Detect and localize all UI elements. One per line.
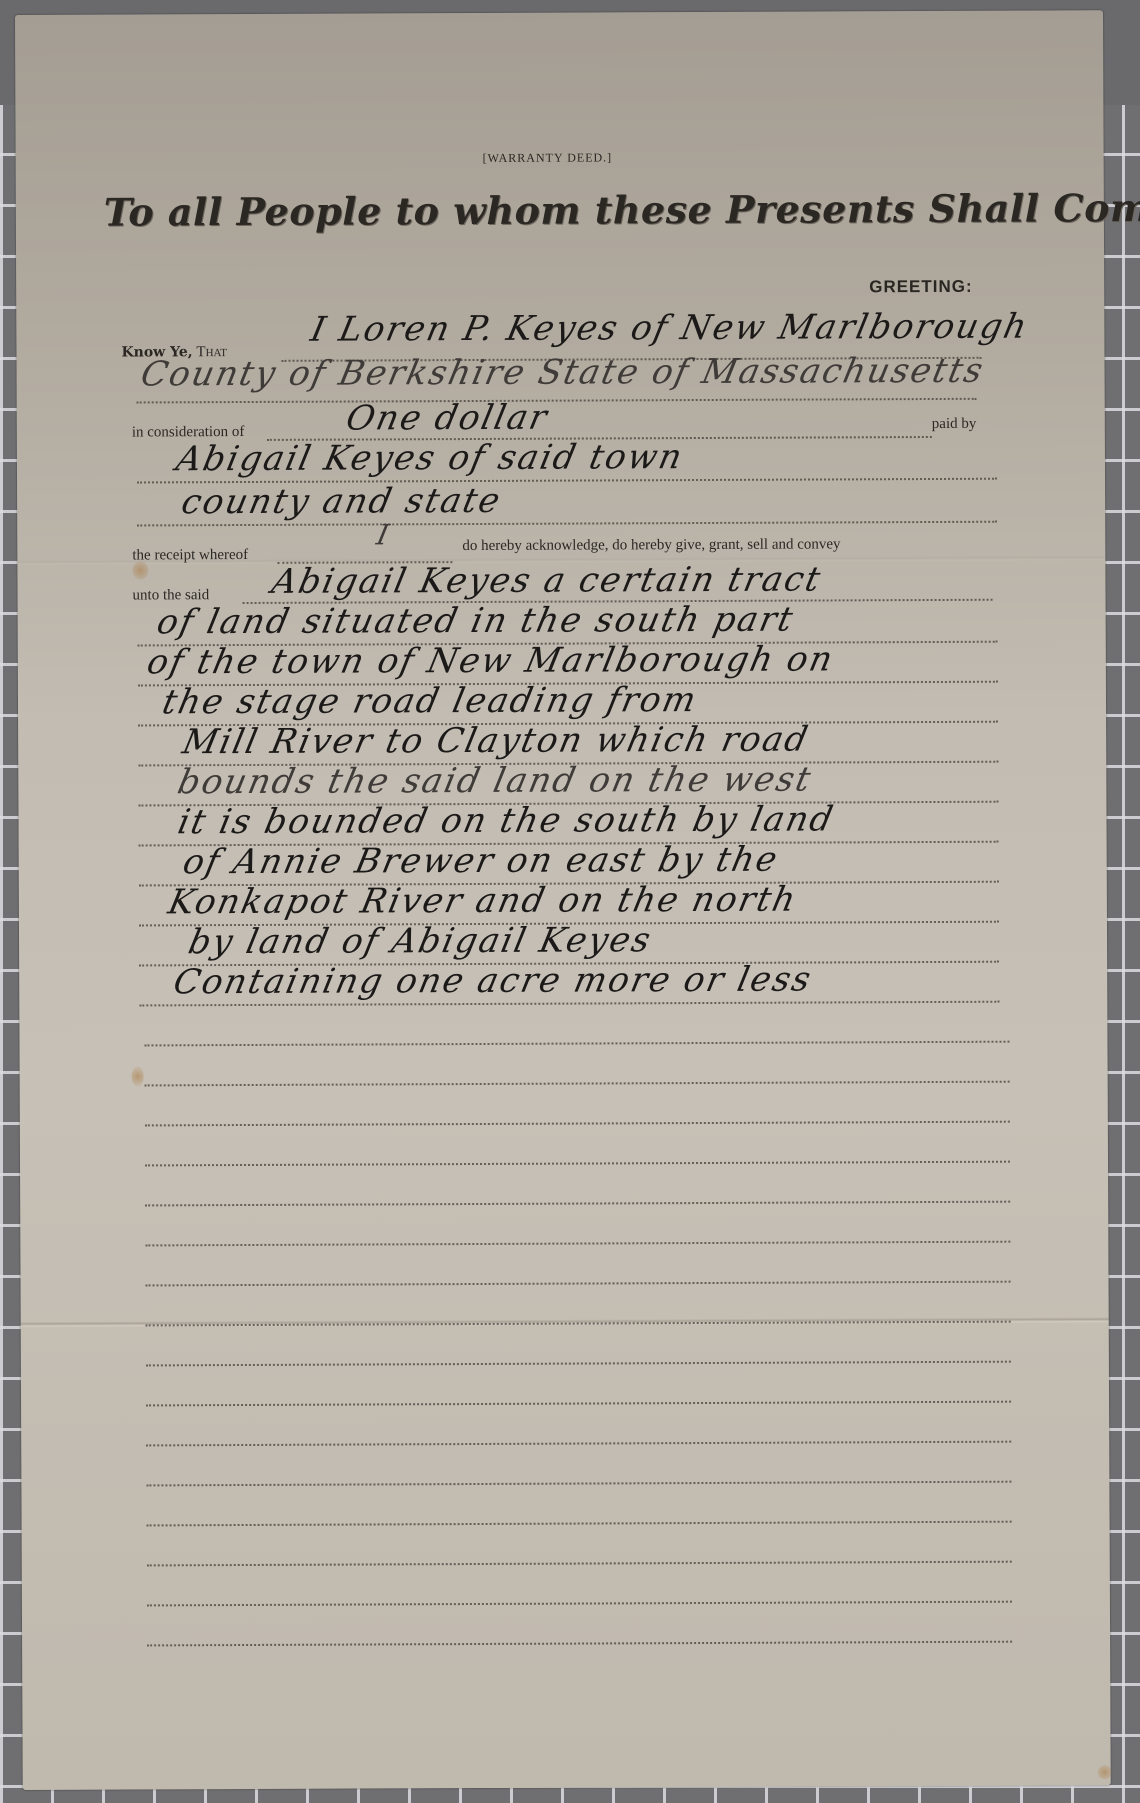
- deed-body-line: the stage road leading from: [159, 680, 701, 722]
- consideration-amount: One dollar: [343, 398, 553, 439]
- ruled-line: [146, 1281, 1011, 1287]
- greeting-label: GREETING:: [869, 277, 973, 297]
- deed-body-line: of the town of New Marlborough on: [144, 639, 838, 682]
- payer-line-1: Abigail Keyes of said town: [173, 437, 687, 479]
- deed-headline: To all People to whom these Presents Sha…: [104, 185, 1140, 235]
- paid-by-label: paid by: [932, 416, 977, 433]
- ruled-line: [144, 1041, 1009, 1047]
- grantor-line-1: I Loren P. Keyes of New Marlborough: [307, 307, 1032, 350]
- stain: [1098, 1765, 1112, 1779]
- ruled-line: [147, 1521, 1012, 1527]
- receipt-label: the receipt whereof: [132, 547, 248, 565]
- deed-body-line: Mill River to Clayton which road: [179, 720, 813, 763]
- deed-body-line: Konkapot River and on the north: [165, 880, 801, 923]
- ruled-line: [145, 1241, 1010, 1247]
- deed-body-line: bounds the said land on the west: [174, 760, 816, 803]
- ruled-line: [145, 1081, 1010, 1087]
- ruled-line: [145, 1161, 1010, 1167]
- ruled-line: [146, 1361, 1011, 1367]
- ruled-line: [147, 1641, 1012, 1647]
- deed-body-line: by land of Abigail Keyes: [185, 920, 656, 962]
- deed-body-line: it is bounded on the south by land: [174, 799, 838, 842]
- deed-page: [WARRANTY DEED.] To all People to whom t…: [15, 10, 1111, 1790]
- deed-body-line: of Annie Brewer on east by the: [180, 840, 783, 883]
- ruled-line: [146, 1481, 1011, 1487]
- ruled-line: [146, 1401, 1011, 1407]
- ruled-line: [147, 1561, 1012, 1567]
- ruled-line: [145, 1121, 1010, 1127]
- ruled-line: [146, 1441, 1011, 1447]
- ruled-line: [145, 1201, 1010, 1207]
- stain: [132, 1066, 144, 1086]
- deed-body-line: Abigail Keyes a certain tract: [268, 559, 825, 601]
- grantor-line-2: County of Berkshire State of Massachuset…: [137, 351, 988, 395]
- deed-body-line: Containing one acre more or less: [170, 960, 816, 1003]
- ruled-line: [137, 398, 977, 404]
- form-type-label: [WARRANTY DEED.]: [483, 150, 613, 166]
- deed-body-line: of land situated in the south part: [153, 600, 798, 643]
- grant-clause: do hereby acknowledge, do hereby give, g…: [462, 536, 840, 555]
- payer-line-2: county and state: [178, 481, 505, 522]
- ruled-line: [147, 1601, 1012, 1607]
